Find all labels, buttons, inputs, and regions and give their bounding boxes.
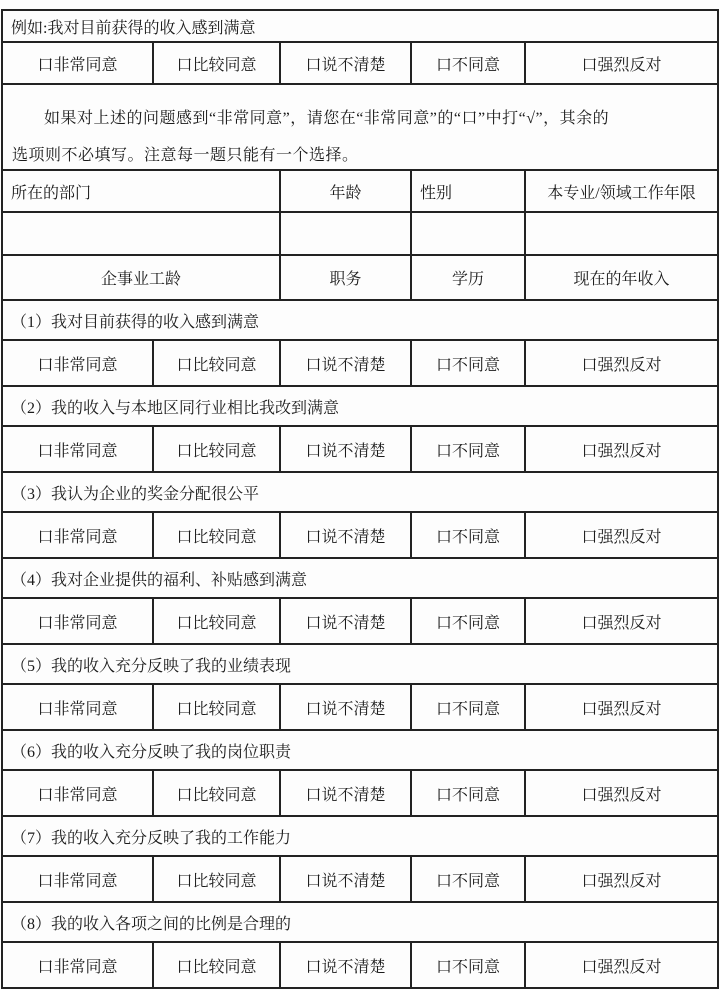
option-label: 口不同意 bbox=[436, 524, 500, 547]
question-options-row: 口非常同意 口比较同意 口说不清楚 口不同意 口强烈反对 bbox=[3, 943, 717, 987]
option-agree[interactable]: 口比较同意 bbox=[152, 513, 279, 557]
value-years-in-field-field[interactable] bbox=[524, 213, 717, 254]
option-label: 口比较同意 bbox=[176, 352, 256, 375]
question-options-row: 口非常同意 口比较同意 口说不清楚 口不同意 口强烈反对 bbox=[3, 857, 717, 903]
example-title: 例如:我对目前获得的收入感到满意 bbox=[3, 11, 717, 41]
option-label: 口强烈反对 bbox=[581, 782, 661, 805]
option-disagree[interactable]: 口不同意 bbox=[410, 43, 524, 83]
option-strongly-agree[interactable]: 口非常同意 bbox=[3, 427, 152, 471]
option-label: 口说不清楚 bbox=[305, 524, 385, 547]
option-label: 口说不清楚 bbox=[305, 954, 385, 977]
question-title-text: （8）我的收入各项之间的比例是合理的 bbox=[11, 911, 291, 934]
option-label: 口比较同意 bbox=[176, 782, 256, 805]
option-strongly-agree[interactable]: 口非常同意 bbox=[3, 513, 152, 557]
option-unclear[interactable]: 口说不清楚 bbox=[279, 341, 410, 385]
question-title-row: （4）我对企业提供的福利、补贴感到满意 bbox=[3, 559, 717, 599]
option-unclear[interactable]: 口说不清楚 bbox=[279, 427, 410, 471]
option-label: 口不同意 bbox=[436, 438, 500, 461]
question-title-row: （5）我的收入充分反映了我的业绩表现 bbox=[3, 645, 717, 685]
option-label: 口不同意 bbox=[436, 352, 500, 375]
option-disagree[interactable]: 口不同意 bbox=[410, 599, 524, 643]
question-title: （2）我的收入与本地区同行业相比我改到满意 bbox=[3, 387, 717, 425]
question-title: （8）我的收入各项之间的比例是合理的 bbox=[3, 903, 717, 941]
value-department-field[interactable] bbox=[3, 213, 279, 254]
value-gender-field[interactable] bbox=[410, 213, 524, 254]
option-strongly-disagree[interactable]: 口强烈反对 bbox=[524, 599, 717, 643]
option-unclear[interactable]: 口说不清楚 bbox=[279, 943, 410, 987]
instructions-row: 如果对上述的问题感到“非常同意”，请您在“非常同意”的“口”中打“√”，其余的 … bbox=[3, 85, 717, 171]
question-title-text: （6）我的收入充分反映了我的岗位职责 bbox=[11, 739, 291, 762]
option-label: 口不同意 bbox=[436, 696, 500, 719]
question-title-row: （8）我的收入各项之间的比例是合理的 bbox=[3, 903, 717, 943]
option-label: 口不同意 bbox=[436, 782, 500, 805]
option-label: 口比较同意 bbox=[176, 954, 256, 977]
option-label: 口强烈反对 bbox=[581, 438, 661, 461]
option-label: 口比较同意 bbox=[176, 696, 256, 719]
question-title-row: （7）我的收入充分反映了我的工作能力 bbox=[3, 817, 717, 857]
example-options-row: 口非常同意 口比较同意 口说不清楚 口不同意 口强烈反对 bbox=[3, 43, 717, 85]
option-label: 口不同意 bbox=[436, 868, 500, 891]
option-label: 口非常同意 bbox=[37, 954, 117, 977]
option-disagree[interactable]: 口不同意 bbox=[410, 771, 524, 815]
option-agree[interactable]: 口比较同意 bbox=[152, 685, 279, 729]
example-title-row: 例如:我对目前获得的收入感到满意 bbox=[3, 11, 717, 43]
option-disagree[interactable]: 口不同意 bbox=[410, 513, 524, 557]
option-label: 口强烈反对 bbox=[581, 352, 661, 375]
option-label: 口强烈反对 bbox=[581, 954, 661, 977]
option-strongly-disagree[interactable]: 口强烈反对 bbox=[524, 685, 717, 729]
option-label: 口不同意 bbox=[436, 610, 500, 633]
field-education-label: 学历 bbox=[410, 256, 524, 299]
option-agree[interactable]: 口比较同意 bbox=[152, 943, 279, 987]
option-strongly-disagree[interactable]: 口强烈反对 bbox=[524, 43, 717, 83]
field-department-label: 所在的部门 bbox=[3, 171, 279, 211]
option-unclear[interactable]: 口说不清楚 bbox=[279, 857, 410, 901]
question-title-row: （1）我对目前获得的收入感到满意 bbox=[3, 301, 717, 341]
question-title-text: （1）我对目前获得的收入感到满意 bbox=[11, 309, 259, 332]
question-title-text: （5）我的收入充分反映了我的业绩表现 bbox=[11, 653, 291, 676]
option-strongly-disagree[interactable]: 口强烈反对 bbox=[524, 513, 717, 557]
question-options-row: 口非常同意 口比较同意 口说不清楚 口不同意 口强烈反对 bbox=[3, 685, 717, 731]
field-years-in-field-label: 本专业/领域工作年限 bbox=[524, 171, 717, 211]
option-unclear[interactable]: 口说不清楚 bbox=[279, 513, 410, 557]
option-agree[interactable]: 口比较同意 bbox=[152, 599, 279, 643]
option-label: 口强烈反对 bbox=[581, 696, 661, 719]
demographics-labels-row-1: 所在的部门 年龄 性别 本专业/领域工作年限 bbox=[3, 171, 717, 213]
option-label: 口说不清楚 bbox=[305, 52, 385, 75]
question-title-row: （3）我认为企业的奖金分配很公平 bbox=[3, 473, 717, 513]
option-agree[interactable]: 口比较同意 bbox=[152, 857, 279, 901]
option-strongly-disagree[interactable]: 口强烈反对 bbox=[524, 341, 717, 385]
option-strongly-agree[interactable]: 口非常同意 bbox=[3, 43, 152, 83]
option-unclear[interactable]: 口说不清楚 bbox=[279, 599, 410, 643]
option-label: 口非常同意 bbox=[37, 352, 117, 375]
option-disagree[interactable]: 口不同意 bbox=[410, 685, 524, 729]
option-agree[interactable]: 口比较同意 bbox=[152, 427, 279, 471]
example-title-text: 例如:我对目前获得的收入感到满意 bbox=[11, 15, 255, 38]
question-options-row: 口非常同意 口比较同意 口说不清楚 口不同意 口强烈反对 bbox=[3, 771, 717, 817]
option-label: 口非常同意 bbox=[37, 610, 117, 633]
option-label: 口比较同意 bbox=[176, 610, 256, 633]
option-strongly-disagree[interactable]: 口强烈反对 bbox=[524, 771, 717, 815]
option-label: 口强烈反对 bbox=[581, 868, 661, 891]
option-agree[interactable]: 口比较同意 bbox=[152, 771, 279, 815]
option-label: 口非常同意 bbox=[37, 438, 117, 461]
instructions-line-2: 选项则不必填写。注意每一题只能有一个选择。 bbox=[12, 137, 708, 174]
question-title: （1）我对目前获得的收入感到满意 bbox=[3, 301, 717, 339]
option-strongly-agree[interactable]: 口非常同意 bbox=[3, 599, 152, 643]
field-age-label: 年龄 bbox=[279, 171, 410, 211]
question-title: （7）我的收入充分反映了我的工作能力 bbox=[3, 817, 717, 855]
question-title: （4）我对企业提供的福利、补贴感到满意 bbox=[3, 559, 717, 597]
option-label: 口说不清楚 bbox=[305, 868, 385, 891]
field-annual-income-label: 现在的年收入 bbox=[524, 256, 717, 299]
option-disagree[interactable]: 口不同意 bbox=[410, 427, 524, 471]
option-label: 口比较同意 bbox=[176, 438, 256, 461]
survey-form-table: 例如:我对目前获得的收入感到满意 口非常同意 口比较同意 口说不清楚 口不同意 … bbox=[1, 9, 719, 989]
value-age-field[interactable] bbox=[279, 213, 410, 254]
question-title-text: （7）我的收入充分反映了我的工作能力 bbox=[11, 825, 291, 848]
option-label: 口说不清楚 bbox=[305, 782, 385, 805]
option-unclear[interactable]: 口说不清楚 bbox=[279, 685, 410, 729]
question-title-row: （6）我的收入充分反映了我的岗位职责 bbox=[3, 731, 717, 771]
option-label: 口非常同意 bbox=[37, 782, 117, 805]
option-label: 口说不清楚 bbox=[305, 438, 385, 461]
demographics-labels-row-2: 企事业工龄 职务 学历 现在的年收入 bbox=[3, 256, 717, 301]
option-label: 口强烈反对 bbox=[581, 524, 661, 547]
instructions-line-1: 如果对上述的问题感到“非常同意”，请您在“非常同意”的“口”中打“√”，其余的 bbox=[12, 100, 708, 137]
option-strongly-disagree[interactable]: 口强烈反对 bbox=[524, 943, 717, 987]
question-title: （5）我的收入充分反映了我的业绩表现 bbox=[3, 645, 717, 683]
option-disagree[interactable]: 口不同意 bbox=[410, 943, 524, 987]
option-label: 口非常同意 bbox=[37, 524, 117, 547]
option-strongly-disagree[interactable]: 口强烈反对 bbox=[524, 427, 717, 471]
option-agree[interactable]: 口比较同意 bbox=[152, 43, 279, 83]
option-strongly-agree[interactable]: 口非常同意 bbox=[3, 857, 152, 901]
question-title-text: （2）我的收入与本地区同行业相比我改到满意 bbox=[11, 395, 339, 418]
option-strongly-disagree[interactable]: 口强烈反对 bbox=[524, 857, 717, 901]
question-options-row: 口非常同意 口比较同意 口说不清楚 口不同意 口强烈反对 bbox=[3, 599, 717, 645]
question-title: （3）我认为企业的奖金分配很公平 bbox=[3, 473, 717, 511]
field-position-label: 职务 bbox=[279, 256, 410, 299]
option-strongly-agree[interactable]: 口非常同意 bbox=[3, 771, 152, 815]
option-label: 口非常同意 bbox=[37, 696, 117, 719]
question-options-row: 口非常同意 口比较同意 口说不清楚 口不同意 口强烈反对 bbox=[3, 341, 717, 387]
question-title: （6）我的收入充分反映了我的岗位职责 bbox=[3, 731, 717, 769]
question-title-text: （4）我对企业提供的福利、补贴感到满意 bbox=[11, 567, 307, 590]
field-company-tenure-label: 企事业工龄 bbox=[3, 256, 279, 299]
option-label: 口强烈反对 bbox=[581, 52, 661, 75]
option-label: 口比较同意 bbox=[176, 868, 256, 891]
question-title-text: （3）我认为企业的奖金分配很公平 bbox=[11, 481, 259, 504]
question-title-row: （2）我的收入与本地区同行业相比我改到满意 bbox=[3, 387, 717, 427]
option-unclear[interactable]: 口说不清楚 bbox=[279, 771, 410, 815]
option-label: 口不同意 bbox=[436, 954, 500, 977]
option-label: 口非常同意 bbox=[37, 52, 117, 75]
option-strongly-agree[interactable]: 口非常同意 bbox=[3, 943, 152, 987]
option-agree[interactable]: 口比较同意 bbox=[152, 341, 279, 385]
option-label: 口比较同意 bbox=[176, 524, 256, 547]
option-strongly-agree[interactable]: 口非常同意 bbox=[3, 341, 152, 385]
field-gender-label: 性别 bbox=[410, 171, 524, 211]
option-strongly-agree[interactable]: 口非常同意 bbox=[3, 685, 152, 729]
option-unclear[interactable]: 口说不清楚 bbox=[279, 43, 410, 83]
question-options-row: 口非常同意 口比较同意 口说不清楚 口不同意 口强烈反对 bbox=[3, 513, 717, 559]
option-label: 口说不清楚 bbox=[305, 696, 385, 719]
question-options-row: 口非常同意 口比较同意 口说不清楚 口不同意 口强烈反对 bbox=[3, 427, 717, 473]
option-disagree[interactable]: 口不同意 bbox=[410, 857, 524, 901]
option-label: 口强烈反对 bbox=[581, 610, 661, 633]
option-label: 口说不清楚 bbox=[305, 610, 385, 633]
demographics-values-row bbox=[3, 213, 717, 256]
option-disagree[interactable]: 口不同意 bbox=[410, 341, 524, 385]
option-label: 口比较同意 bbox=[176, 52, 256, 75]
option-label: 口不同意 bbox=[436, 52, 500, 75]
option-label: 口非常同意 bbox=[37, 868, 117, 891]
option-label: 口说不清楚 bbox=[305, 352, 385, 375]
